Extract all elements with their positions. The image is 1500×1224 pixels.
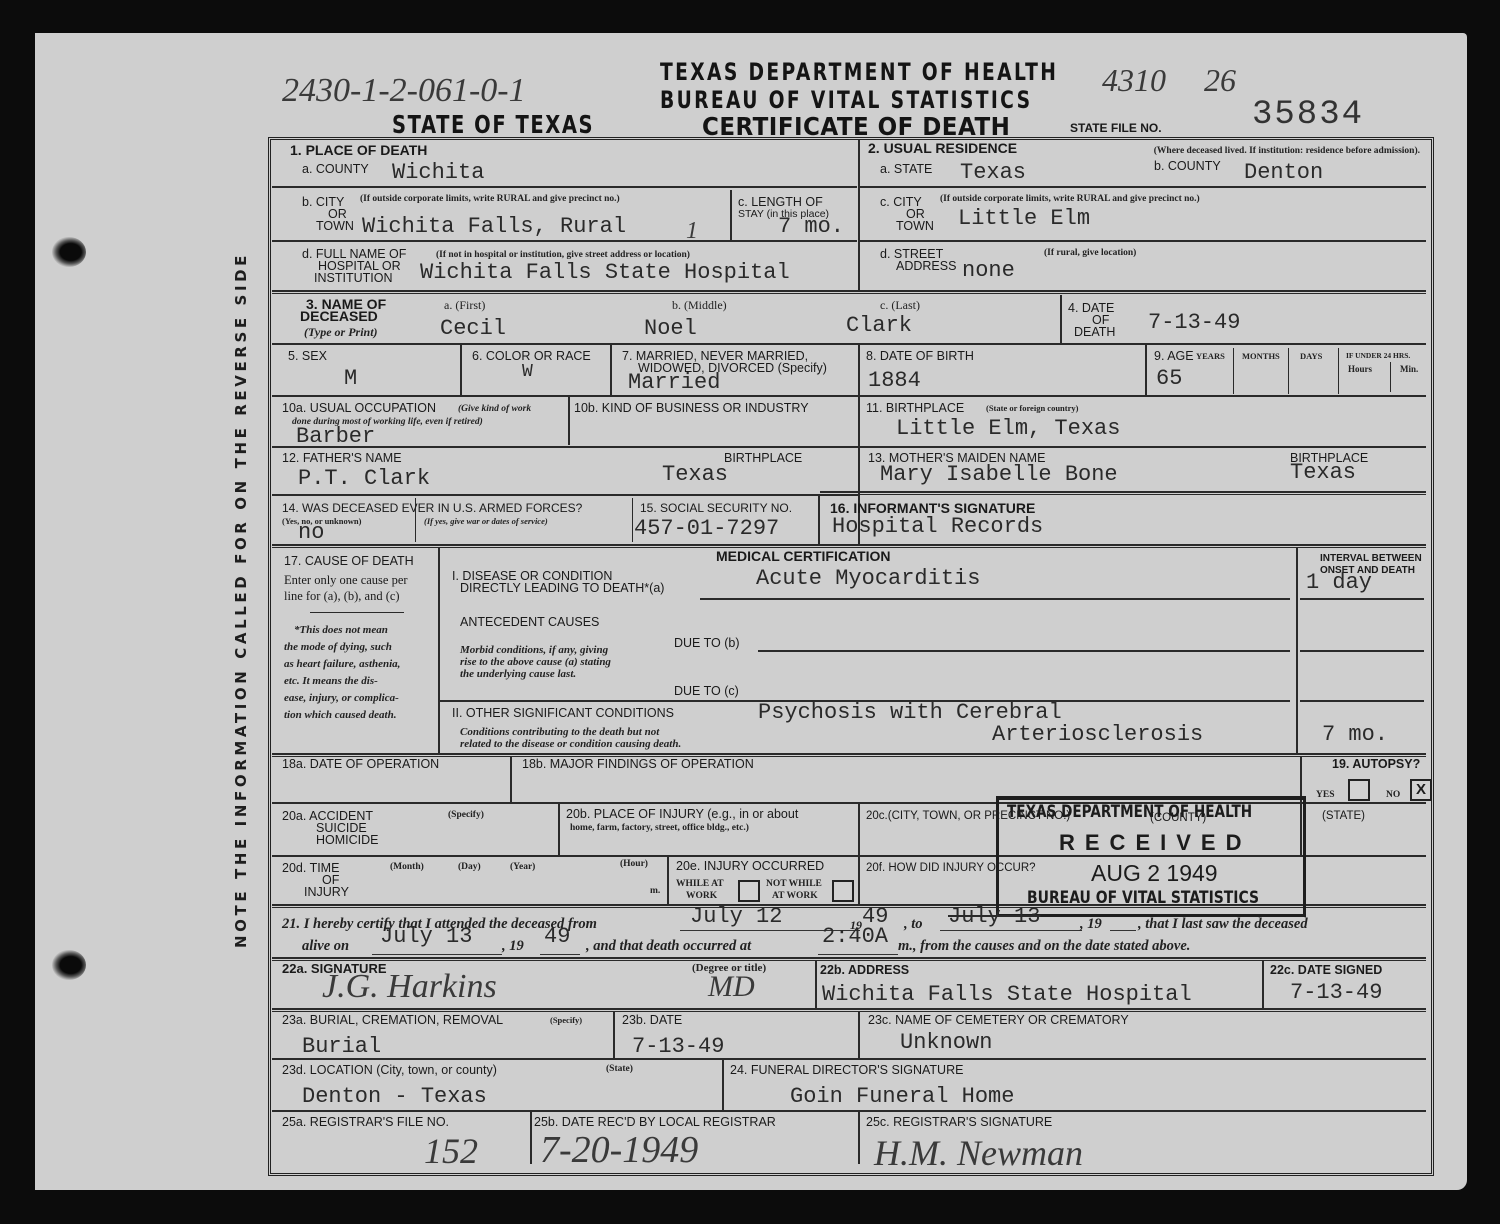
injury-place-label-2: home, farm, factory, street, office bldg… [570,823,749,833]
stamp-line-4: BUREAU OF VITAL STATISTICS [1027,888,1259,908]
burial-date-value: 7-13-49 [632,1034,724,1059]
precinct-value: 1 [686,218,698,245]
registrar-signature-label: 25c. REGISTRAR'S SIGNATURE [866,1116,1052,1128]
handwritten-reference-2: 4310 26 [1102,62,1236,99]
cause-footnote-4: etc. It means the dis- [284,675,378,687]
occupation-value: Barber [296,424,375,449]
date-signed-label: 22c. DATE SIGNED [1270,964,1382,976]
side-note: NOTE THE INFORMATION CALLED FOR ON THE R… [232,252,250,948]
other-conditions-label: II. OTHER SIGNIFICANT CONDITIONS [452,707,674,719]
operation-date-label: 18a. DATE OF OPERATION [282,758,439,770]
attended-from-date: July 12 [690,904,782,929]
city-note: (If outside corporate limits, write RURA… [360,194,720,204]
cause-of-death-label: 17. CAUSE OF DEATH [284,555,414,567]
mother-name-value: Mary Isabelle Bone [880,462,1118,487]
stamp-date: AUG 2 1949 [1091,860,1218,887]
injury-place-label: 20b. PLACE OF INJURY (e.g., in or about [566,808,798,820]
interval-label: INTERVAL BETWEEN [1320,553,1422,565]
interval-a-value: 1 day [1306,570,1372,595]
city-town-label: TOWN [316,220,354,232]
occupation-label: 10a. USUAL OCCUPATION [282,402,436,414]
res-city-note: (If outside corporate limits, write RURA… [940,194,1200,204]
alive-on-date: July 13 [380,924,472,949]
funeral-director-label: 24. FUNERAL DIRECTOR'S SIGNATURE [730,1064,963,1076]
certify-text-5: alive on [302,938,349,955]
race-label: 6. COLOR OR RACE [472,350,591,362]
years-label: YEARS [1196,351,1225,361]
residence-label: 2. USUAL RESIDENCE [868,142,1017,154]
hole-punch-bottom [52,950,86,980]
autopsy-no-checkbox[interactable]: X [1410,779,1432,801]
burial-state-label: (State) [606,1064,633,1074]
certify-text-8: m., from the causes and on the date stat… [898,938,1190,955]
morbid-note-3: the underlying cause last. [460,668,576,680]
state-file-number: 35834 [1252,96,1364,134]
divider [858,140,860,290]
street-value: none [962,258,1015,283]
operation-findings-label: 18b. MAJOR FINDINGS OF OPERATION [522,758,754,770]
date-of-death-label-3: DEATH [1074,326,1115,338]
while-at-work-label-2: WORK [686,891,717,901]
res-state-label: a. STATE [880,163,932,175]
handwritten-reference: 2430-1-2-061-0-1 [282,72,526,110]
autopsy-label: 19. AUTOPSY? [1332,758,1420,770]
not-while-at-work-label-2: AT WORK [772,891,818,901]
date-signed-value: 7-13-49 [1290,980,1382,1005]
injury-state-label: (STATE) [1322,810,1365,822]
res-city-town: TOWN [896,220,934,232]
first-name-label: a. (First) [444,298,485,313]
dob-label: 8. DATE OF BIRTH [866,350,974,362]
burial-type-label: 23a. BURIAL, CREMATION, REMOVAL [282,1014,503,1026]
certify-text-7: , and that death occurred at [586,938,751,955]
other-note-1: Conditions contributing to the death but… [460,726,659,738]
deceased-name-label-2: DECEASED [300,310,378,322]
registrar-date-label: 25b. DATE REC'D BY LOCAL REGISTRAR [534,1116,776,1128]
county-label: a. COUNTY [302,163,369,175]
months-label: MONTHS [1242,351,1280,361]
mother-birthplace-value: Texas [1290,460,1356,485]
alive-on-year: 49 [544,924,570,949]
autopsy-yes-checkbox[interactable] [1348,779,1370,801]
birthplace-label: 11. BIRTHPLACE [866,402,964,414]
armed-forces-note-2: (If yes, give war or dates of service) [424,516,548,526]
address-label: 22b. ADDRESS [820,964,909,976]
injury-hour-label: (Hour) [620,859,648,869]
father-birthplace-label: BIRTHPLACE [724,452,802,464]
birthplace-note: (State or foreign country) [986,403,1078,413]
death-time-value: 2:40A [822,924,888,949]
cause-footnote-3: as heart failure, asthenia, [284,658,400,670]
registrar-signature: H.M. Newman [874,1132,1083,1174]
res-state-value: Texas [960,160,1026,185]
not-while-at-work-checkbox[interactable] [832,880,854,902]
marital-value: Married [628,370,720,395]
received-stamp: TEXAS DEPARTMENT OF HEALTH RECEIVED AUG … [996,796,1306,917]
funeral-director-value: Goin Funeral Home [790,1084,1014,1109]
certify-text-3: , 19 [1080,916,1102,933]
registrar-file-label: 25a. REGISTRAR'S FILE NO. [282,1116,449,1128]
sex-label: 5. SEX [288,350,327,362]
informant-label: 16. INFORMANT'S SIGNATURE [830,502,1035,514]
informant-value: Hospital Records [832,514,1043,539]
other-interval-value: 7 mo. [1322,722,1388,747]
residence-note: (Where deceased lived. If institution: r… [1090,145,1420,157]
injury-m-label: m. [650,886,660,896]
street-note: (If rural, give location) [1044,248,1136,258]
stamp-line-1: TEXAS DEPARTMENT OF HEALTH [1007,802,1252,822]
industry-label: 10b. KIND OF BUSINESS OR INDUSTRY [574,402,809,414]
burial-specify-label: (Specify) [550,1015,582,1025]
street-label-2: ADDRESS [896,260,956,272]
father-birthplace-value: Texas [662,462,728,487]
father-name-value: P.T. Clark [298,466,430,491]
while-at-work-checkbox[interactable] [738,880,760,902]
age-value: 65 [1156,366,1182,391]
injury-occurred-label: 20e. INJURY OCCURRED [676,860,824,872]
other-note-2: related to the disease or condition caus… [460,738,681,750]
morbid-note-1: Morbid conditions, if any, giving [460,644,608,656]
hours-label: Hours [1348,364,1372,374]
physician-degree: MD [708,970,755,1004]
not-while-at-work-label-1: NOT WHILE [766,879,822,889]
burial-location-value: Denton - Texas [302,1084,487,1109]
ssn-label: 15. SOCIAL SECURITY NO. [640,502,792,514]
physician-signature: J.G. Harkins [322,968,497,1006]
injury-type-label-3: HOMICIDE [316,834,379,846]
last-name-value: Clark [846,313,912,338]
agency-line-2: BUREAU OF VITAL STATISTICS [660,86,1032,114]
certify-text-6: , 19 [502,938,524,955]
cause-instr-2: line for (a), (b), and (c) [284,590,400,602]
stay-value: 7 mo. [778,214,844,239]
burial-date-label: 23b. DATE [622,1014,682,1026]
under-24-label: IF UNDER 24 HRS. [1346,351,1410,360]
stay-label: c. LENGTH OF [738,196,823,208]
cause-a-value: Acute Myocarditis [756,566,980,591]
cemetery-value: Unknown [900,1030,992,1055]
middle-name-value: Noel [644,316,697,341]
middle-name-label: b. (Middle) [672,298,727,313]
cause-footnote-6: tion which caused death. [284,709,396,721]
registrar-date-value: 7-20-1949 [540,1128,698,1172]
hospital-value: Wichita Falls State Hospital [420,260,790,285]
last-name-label: c. (Last) [880,298,920,313]
registrar-file-value: 152 [424,1130,478,1172]
armed-forces-value: no [298,520,324,545]
death-city-value: Wichita Falls, Rural [362,214,626,239]
cause-instr-1: Enter only one cause per [284,574,408,586]
hospital-label-3: INSTITUTION [314,272,392,284]
burial-location-label: 23d. LOCATION (City, town, or county) [282,1064,497,1076]
other-conditions-line-2: Arteriosclerosis [992,722,1203,747]
injury-month-label: (Month) [390,862,424,872]
hospital-note: (If not in hospital or institution, give… [436,250,690,260]
disease-label-2: DIRECTLY LEADING TO DEATH*(a) [460,582,664,594]
cemetery-label: 23c. NAME OF CEMETERY OR CREMATORY [868,1014,1129,1026]
agency-line-1: TEXAS DEPARTMENT OF HEALTH [660,58,1058,86]
hole-punch-top [52,237,86,267]
res-city-value: Little Elm [958,206,1090,231]
while-at-work-label-1: WHILE AT [676,879,724,889]
injury-day-label: (Day) [458,862,481,872]
due-to-b-label: DUE TO (b) [674,637,740,649]
place-of-death-label: 1. PLACE OF DEATH [290,144,427,156]
first-name-value: Cecil [440,316,506,341]
antecedent-label: ANTECEDENT CAUSES [460,616,599,628]
cause-footnote-1: *This does not mean [294,624,388,636]
occupation-note: (Give kind of work [458,404,531,414]
state-heading: STATE OF TEXAS [392,110,594,139]
res-county-value: Denton [1244,160,1323,185]
certify-text-4: , that I last saw the deceased [1138,916,1308,933]
burial-type-value: Burial [302,1034,381,1059]
autopsy-no-label: NO [1386,790,1400,800]
ssn-value: 457-01-7297 [634,516,779,541]
cause-footnote-5: ease, injury, or complica- [284,692,399,704]
age-label: 9. AGE [1154,350,1194,362]
type-or-print-label: (Type or Print) [304,325,378,340]
address-value: Wichita Falls State Hospital [822,982,1192,1007]
dob-value: 1884 [868,368,921,393]
injury-time-label-3: INJURY [304,886,349,898]
death-county-value: Wichita [392,160,484,185]
birthplace-value: Little Elm, Texas [896,416,1120,441]
stamp-received: RECEIVED [1059,830,1251,856]
injury-specify-label: (Specify) [448,810,484,820]
sex-value: M [344,366,357,391]
certify-text-2: , to [904,916,923,933]
state-file-label: STATE FILE NO. [1070,122,1162,134]
injury-year-label: (Year) [510,862,535,872]
attended-to-date: July 13 [948,904,1040,929]
res-county-label: b. COUNTY [1154,160,1221,172]
days-label: DAYS [1300,351,1322,361]
min-label: Min. [1400,364,1418,374]
autopsy-yes-label: YES [1316,790,1334,800]
morbid-note-2: rise to the above cause (a) stating [460,656,611,668]
father-name-label: 12. FATHER'S NAME [282,452,402,464]
race-value: W [522,362,533,382]
medical-certification-title: MEDICAL CERTIFICATION [716,550,890,562]
due-to-c-label: DUE TO (c) [674,685,739,697]
date-of-death-value: 7-13-49 [1148,310,1240,335]
cause-footnote-2: the mode of dying, such [284,641,392,653]
armed-forces-label: 14. WAS DECEASED EVER IN U.S. ARMED FORC… [282,502,582,514]
